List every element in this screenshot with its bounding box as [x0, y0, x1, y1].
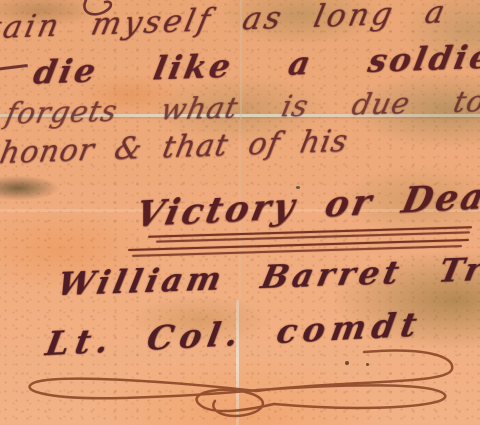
stroke-fragment: [0, 64, 28, 71]
victory-or-death-motto: Victory or Death: [132, 173, 480, 235]
signature: William Barret Travis: [54, 247, 480, 303]
handwriting-line: die like a soldier: [30, 36, 480, 91]
handwriting-line: forgets what is due to: [2, 84, 480, 131]
signature-flourish: [12, 344, 457, 424]
ink-speck: [366, 363, 369, 366]
handwriting-line: tain myself as long a: [0, 0, 451, 46]
ink-speck: [345, 361, 349, 365]
handwriting-line: honor & that of his: [0, 124, 351, 171]
ink-speck: [296, 186, 300, 189]
letter-scan: tain myself as long a die like a soldier…: [0, 0, 480, 425]
